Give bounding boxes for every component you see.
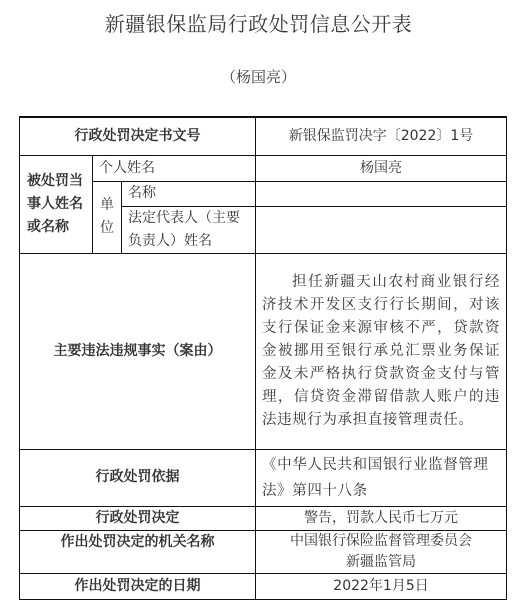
basis-label: 行政处罚依据: [20, 449, 256, 506]
penalty-info-table: 行政处罚决定书文号 新银保监罚决字〔2022〕1号 被处罚当 事人姓名 或名称 …: [19, 116, 507, 600]
individual-name-value: 杨国亮: [256, 155, 507, 181]
unit-label-line2: 位: [93, 217, 121, 240]
table-row-individual-name: 被处罚当 事人姓名 或名称 个人姓名 杨国亮: [20, 155, 507, 181]
table-row-authority: 作出处罚决定的机关名称 中国银行保险监督管理委员会 新疆监管局: [20, 530, 507, 573]
legal-rep-label-line2: 负责人）姓名: [128, 230, 255, 253]
decision-number-label: 行政处罚决定书文号: [20, 117, 256, 155]
party-label-line1: 被处罚当: [27, 170, 92, 193]
authority-value: 中国银行保险监督管理委员会 新疆监管局: [256, 530, 507, 573]
facts-label: 主要违法违规事实（案由）: [20, 253, 256, 449]
facts-value-cell: 担任新疆天山农村商业银行经济技术开发区支行行长期间，对该支行保证金来源审核不严，…: [256, 253, 507, 449]
table-row-decision-number: 行政处罚决定书文号 新银保监罚决字〔2022〕1号: [20, 117, 507, 155]
legal-rep-label: 法定代表人（主要 负责人）姓名: [122, 206, 256, 253]
party-label-line2: 事人姓名: [27, 193, 92, 216]
individual-name-label: 个人姓名: [93, 155, 256, 181]
authority-value-line2: 新疆监管局: [256, 552, 506, 573]
legal-rep-label-line1: 法定代表人（主要: [128, 207, 255, 230]
party-label-line3: 或名称: [27, 216, 92, 239]
date-label: 作出处罚决定的日期: [20, 573, 256, 599]
table-row-basis: 行政处罚依据 《中华人民共和国银行业监督管理法》第四十八条: [20, 449, 507, 506]
table-row-date: 作出处罚决定的日期 2022年1月5日: [20, 573, 507, 599]
unit-name-label: 名称: [122, 181, 256, 206]
facts-value: 担任新疆天山农村商业银行经济技术开发区支行行长期间，对该支行保证金来源审核不严，…: [262, 274, 500, 428]
page-title: 新疆银保监局行政处罚信息公开表: [0, 8, 517, 37]
unit-label: 单 位: [93, 181, 122, 253]
legal-rep-value: [256, 206, 507, 253]
date-value: 2022年1月5日: [256, 573, 507, 599]
decision-number-value: 新银保监罚决字〔2022〕1号: [256, 117, 507, 155]
decision-label: 行政处罚决定: [20, 506, 256, 530]
unit-name-value: [256, 181, 507, 206]
unit-label-line1: 单: [93, 194, 121, 217]
table-row-unit-name: 单 位 名称: [20, 181, 507, 206]
party-label: 被处罚当 事人姓名 或名称: [20, 155, 93, 253]
decision-value: 警告，罚款人民币七万元: [256, 506, 507, 530]
authority-label: 作出处罚决定的机关名称: [20, 530, 256, 573]
authority-value-line1: 中国银行保险监督管理委员会: [256, 531, 506, 552]
basis-value: 《中华人民共和国银行业监督管理法》第四十八条: [256, 449, 507, 506]
page-subtitle: （杨国亮）: [0, 66, 517, 87]
table-row-facts: 主要违法违规事实（案由） 担任新疆天山农村商业银行经济技术开发区支行行长期间，对…: [20, 253, 507, 449]
table-row-decision: 行政处罚决定 警告，罚款人民币七万元: [20, 506, 507, 530]
